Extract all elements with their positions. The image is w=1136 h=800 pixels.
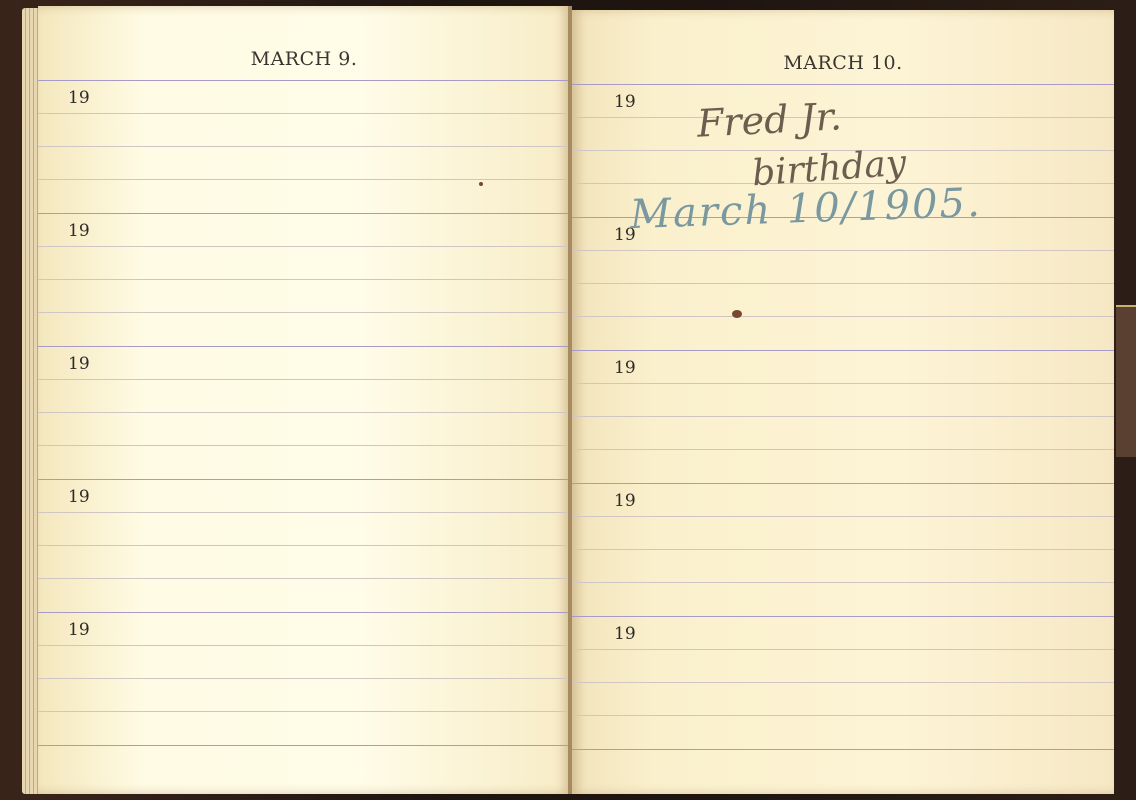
section-line [572, 84, 1114, 85]
handwritten-date: March 10/1905. [629, 180, 982, 238]
year-prefix: 19 [614, 358, 636, 378]
ruled-line [572, 649, 1114, 650]
left-page-heading: MARCH 9. [38, 48, 570, 70]
section-line [572, 616, 1114, 617]
year-prefix: 19 [68, 221, 90, 241]
ruled-line [38, 279, 570, 280]
ruled-line [38, 711, 570, 712]
ruled-line [38, 146, 570, 147]
left-page: MARCH 9. 19 19 19 19 19 [38, 6, 570, 794]
ruled-line [572, 316, 1114, 317]
ruled-line [38, 445, 570, 446]
ruled-line [572, 283, 1114, 284]
ruled-line [572, 715, 1114, 716]
ruled-line [38, 246, 570, 247]
ruled-line [38, 578, 570, 579]
right-page: MARCH 10. 19 19 19 19 19 Fred Jr. birthd… [572, 10, 1114, 794]
year-prefix: 19 [68, 88, 90, 108]
ruled-line [572, 549, 1114, 550]
ruled-line [38, 512, 570, 513]
ruled-line [572, 117, 1114, 118]
ink-spot [479, 182, 483, 186]
ruled-line [572, 449, 1114, 450]
year-prefix: 19 [614, 92, 636, 112]
year-prefix: 19 [68, 487, 90, 507]
ruled-line [572, 682, 1114, 683]
ruled-line [572, 516, 1114, 517]
right-page-heading: MARCH 10. [572, 52, 1114, 74]
ruled-line [38, 412, 570, 413]
year-prefix: 19 [68, 620, 90, 640]
ruled-line [38, 379, 570, 380]
section-line [38, 80, 570, 81]
ink-spot [732, 310, 742, 318]
section-line [38, 346, 570, 347]
section-line [572, 483, 1114, 484]
section-line [572, 749, 1114, 750]
section-line [572, 350, 1114, 351]
section-line [38, 213, 570, 214]
ruled-line [38, 678, 570, 679]
year-prefix: 19 [614, 624, 636, 644]
ruled-line [572, 250, 1114, 251]
bookmark-tab [1116, 305, 1136, 457]
section-line [38, 479, 570, 480]
ruled-line [38, 545, 570, 546]
year-prefix: 19 [68, 354, 90, 374]
ruled-line [38, 312, 570, 313]
ruled-line [572, 582, 1114, 583]
ruled-line [38, 179, 570, 180]
ruled-line [38, 645, 570, 646]
ruled-line [38, 113, 570, 114]
ruled-line [572, 416, 1114, 417]
year-prefix: 19 [614, 491, 636, 511]
section-line [38, 612, 570, 613]
handwritten-name: Fred Jr. [696, 94, 843, 146]
ruled-line [572, 383, 1114, 384]
section-line [38, 745, 570, 746]
